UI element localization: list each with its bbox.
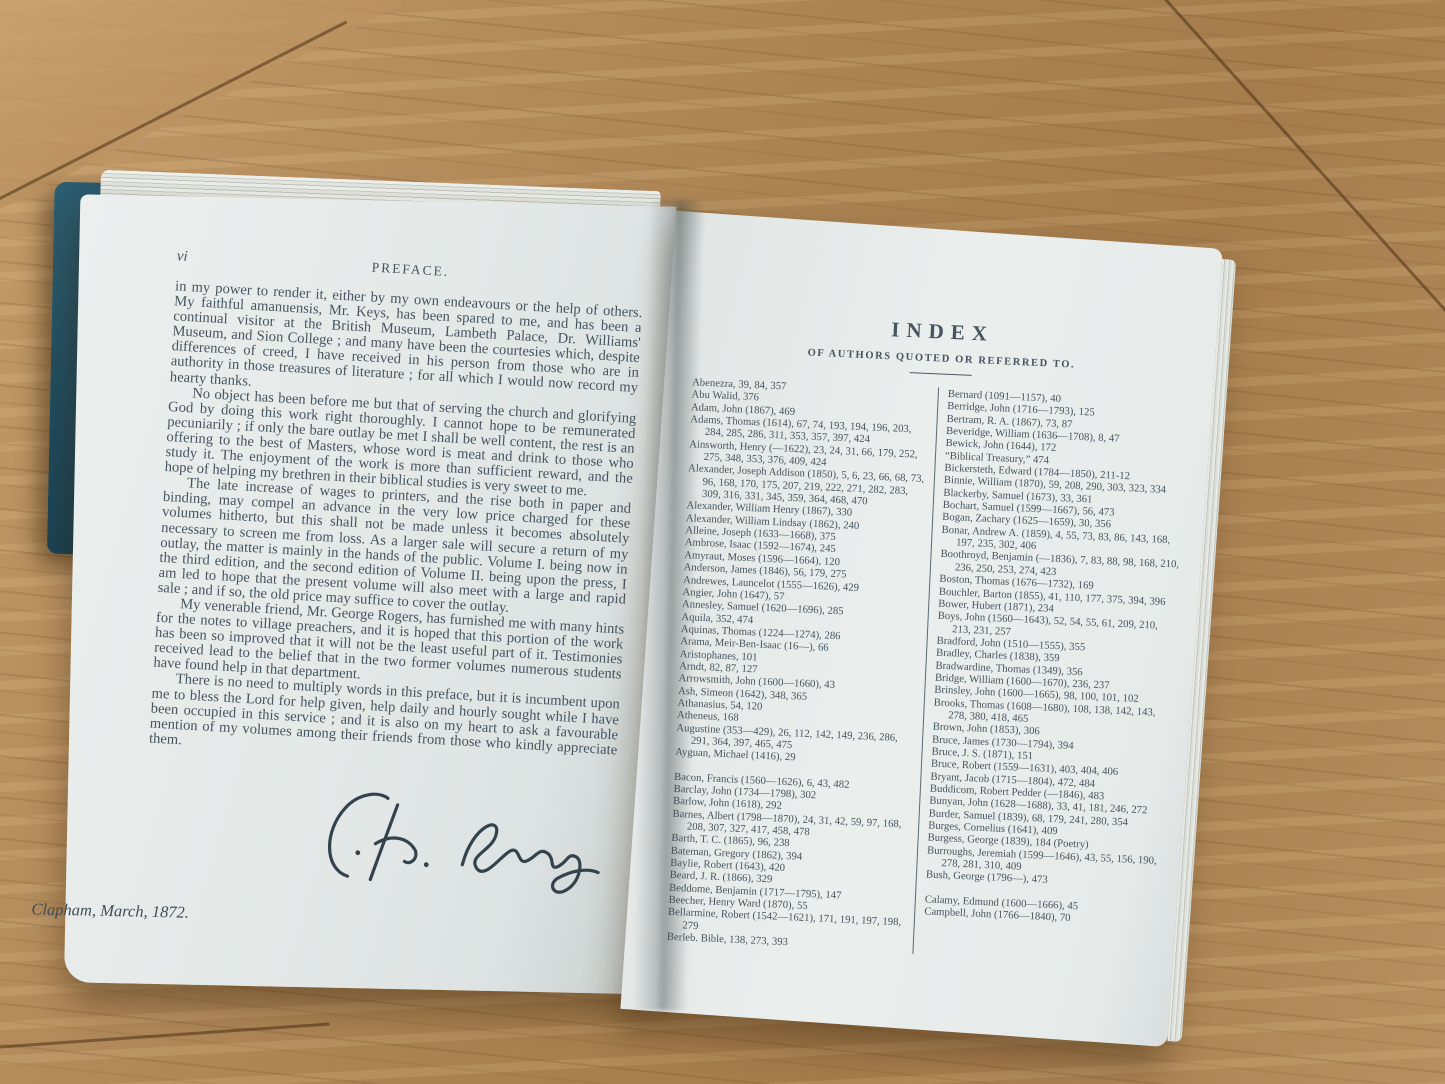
- photo-of-open-book: vi PREFACE. in my power to render it, ei…: [0, 0, 1445, 1084]
- preface-text: in my power to render it, either by my o…: [149, 279, 643, 773]
- dateline: Clapham, March, 1872.: [31, 899, 189, 922]
- right-page-index: INDEX OF AUTHORS QUOTED OR REFERRED TO. …: [620, 211, 1222, 1047]
- wood-plank-seam: [0, 1022, 330, 1050]
- running-title: PREFACE.: [296, 255, 525, 284]
- left-page-preface: vi PREFACE. in my power to render it, ei…: [64, 194, 676, 994]
- folio-number: vi: [176, 248, 297, 272]
- index-columns: Abenezra, 39, 84, 357Abu Walid, 376Adam,…: [667, 376, 1188, 965]
- spurgeon-signature: [300, 782, 606, 916]
- divider-rule: [910, 372, 972, 376]
- index-column-2: Bernard (1091—1157), 40Berridge, John (1…: [912, 387, 1187, 965]
- open-book: vi PREFACE. in my power to render it, ei…: [17, 167, 1254, 1037]
- index-column-1: Abenezra, 39, 84, 357Abu Walid, 376Adam,…: [667, 376, 932, 954]
